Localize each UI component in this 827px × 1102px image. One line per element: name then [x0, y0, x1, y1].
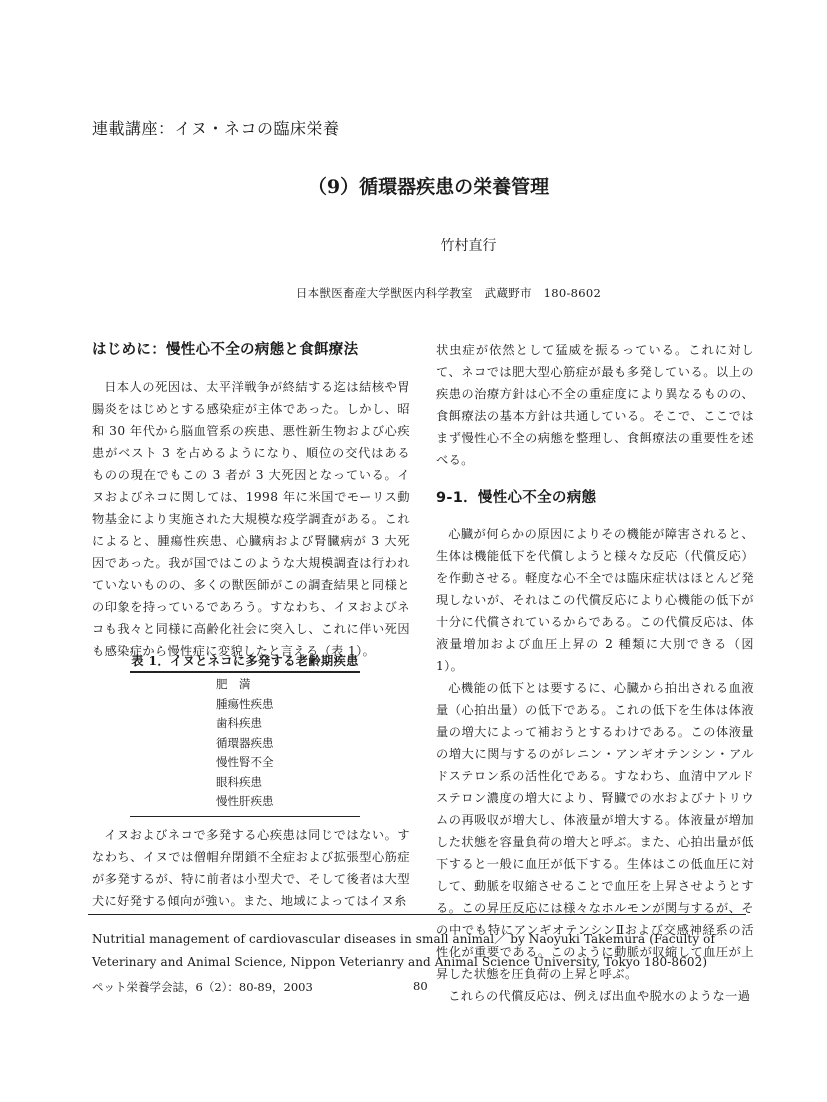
table-row: 慢性腎不全: [216, 753, 360, 773]
journal-citation: ペット栄養学会誌，6（2）：80-89，2003: [92, 979, 313, 995]
section-heading-9-1: 9-1．慢性心不全の病態: [436, 487, 754, 509]
table-row: 腫瘍性疾患: [216, 695, 360, 715]
table-caption: 表 1．イヌとネコに多発する老齢期疾患: [130, 652, 360, 673]
left-column: はじめに：慢性心不全の病態と食餌療法 日本人の死因は、太平洋戦争が終結する迄は結…: [92, 339, 410, 662]
table-row: 肥 満: [216, 675, 360, 695]
section-heading-introduction: はじめに：慢性心不全の病態と食餌療法: [92, 339, 410, 361]
paragraph: 状虫症が依然として猛威を振るっている。これに対して、ネコでは肥大型心筋症が最も多…: [436, 339, 754, 471]
paragraph: イヌおよびネコで多発する心疾患は同じではない。すなわち、イヌでは僧帽弁閉鎖不全症…: [92, 824, 410, 912]
table-row: 歯科疾患: [216, 714, 360, 734]
page-number: 80: [413, 979, 428, 993]
english-title-abstract: Nutritial management of cardiovascular d…: [92, 928, 772, 974]
paragraph: これらの代償反応は、例えば出血や脱水のような一過: [436, 985, 754, 1007]
left-column-continued: イヌおよびネコで多発する心疾患は同じではない。すなわち、イヌでは僧帽弁閉鎖不全症…: [92, 824, 410, 912]
right-column: 状虫症が依然として猛威を振るっている。これに対して、ネコでは肥大型心筋症が最も多…: [436, 339, 754, 1007]
footer-divider: [88, 914, 746, 915]
article-title: （9）循環器疾患の栄養管理: [0, 172, 827, 199]
author-name: 竹村直行: [0, 235, 827, 255]
table-item-list: 肥 満 腫瘍性疾患 歯科疾患 循環器疾患 慢性腎不全 眼科疾患 慢性肝疾患: [130, 673, 360, 817]
table-row: 循環器疾患: [216, 734, 360, 754]
paragraph: 日本人の死因は、太平洋戦争が終結する迄は結核や胃腸炎をはじめとする感染症が主体で…: [92, 376, 410, 662]
table-row: 眼科疾患: [216, 773, 360, 793]
paragraph: 心臓が何らかの原因によりその機能が障害されると、生体は機能低下を代償しようと様々…: [436, 523, 754, 677]
table-row: 慢性肝疾患: [216, 792, 360, 812]
table-1: 表 1．イヌとネコに多発する老齢期疾患 肥 満 腫瘍性疾患 歯科疾患 循環器疾患…: [130, 652, 360, 817]
series-title: 連載講座：イヌ・ネコの臨床栄養: [92, 116, 340, 139]
author-affiliation: 日本獣医畜産大学獣医内科学教室 武蔵野市 180-8602: [0, 285, 827, 301]
